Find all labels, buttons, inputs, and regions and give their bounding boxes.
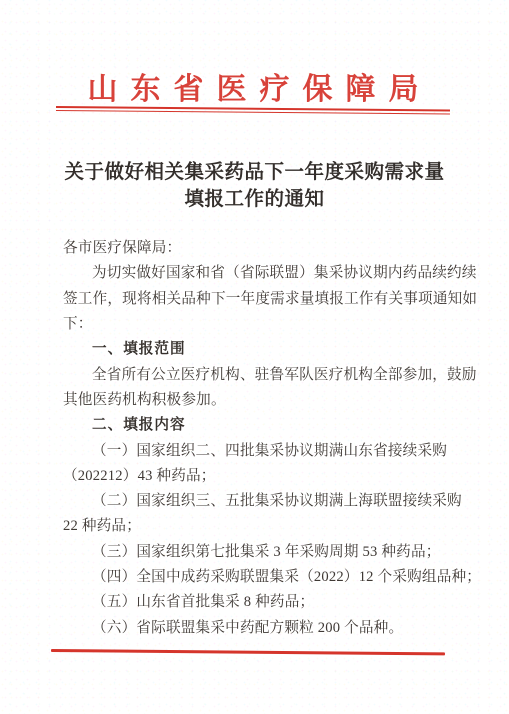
document-title: 关于做好相关集采药品下一年度采购需求量 填报工作的通知	[0, 159, 509, 213]
intro-line: 下：	[63, 312, 463, 337]
list-item-1-line: （202212）43 种药品；	[63, 464, 463, 489]
intro-line: 签工作，现将相关品种下一年度需求量填报工作有关事项通知如	[63, 287, 463, 312]
section-1-body-line: 全省所有公立医疗机构、驻鲁军队医疗机构全部参加，鼓励	[63, 363, 463, 388]
section-1-heading: 一、填报范围	[63, 337, 463, 362]
footer-rule	[51, 649, 445, 655]
list-item-6: （六）省际联盟集采中药配方颗粒 200 个品种。	[63, 616, 463, 641]
letterhead-agency-name: 山东省医疗保障局	[0, 64, 509, 108]
section-1-body-line: 其他医药机构积极参加。	[63, 388, 463, 413]
list-item-3: （三）国家组织第七批集采 3 年采购周期 53 种药品；	[63, 540, 463, 565]
list-item-5: （五）山东省首批集采 8 种药品；	[63, 590, 463, 615]
intro-line: 为切实做好国家和省（省际联盟）集采协议期内药品续约续	[63, 261, 463, 286]
document-title-line-2: 填报工作的通知	[0, 186, 509, 213]
document-title-line-1: 关于做好相关集采药品下一年度采购需求量	[0, 159, 509, 186]
document-page: 山东省医疗保障局 关于做好相关集采药品下一年度采购需求量 填报工作的通知 各市医…	[0, 0, 509, 714]
salutation: 各市医疗保障局：	[63, 236, 463, 261]
list-item-1-line: （一）国家组织二、四批集采协议期满山东省接续采购	[63, 439, 463, 464]
list-item-2-line: （二）国家组织三、五批集采协议期满上海联盟接续采购	[63, 489, 463, 514]
list-item-4: （四）全国中成药采购联盟集采（2022）12 个采购组品种；	[63, 565, 463, 590]
document-body: 各市医疗保障局： 为切实做好国家和省（省际联盟）集采协议期内药品续约续 签工作，…	[63, 236, 463, 641]
list-item-2-line: 22 种药品；	[63, 514, 463, 539]
section-2-heading: 二、填报内容	[63, 413, 463, 438]
